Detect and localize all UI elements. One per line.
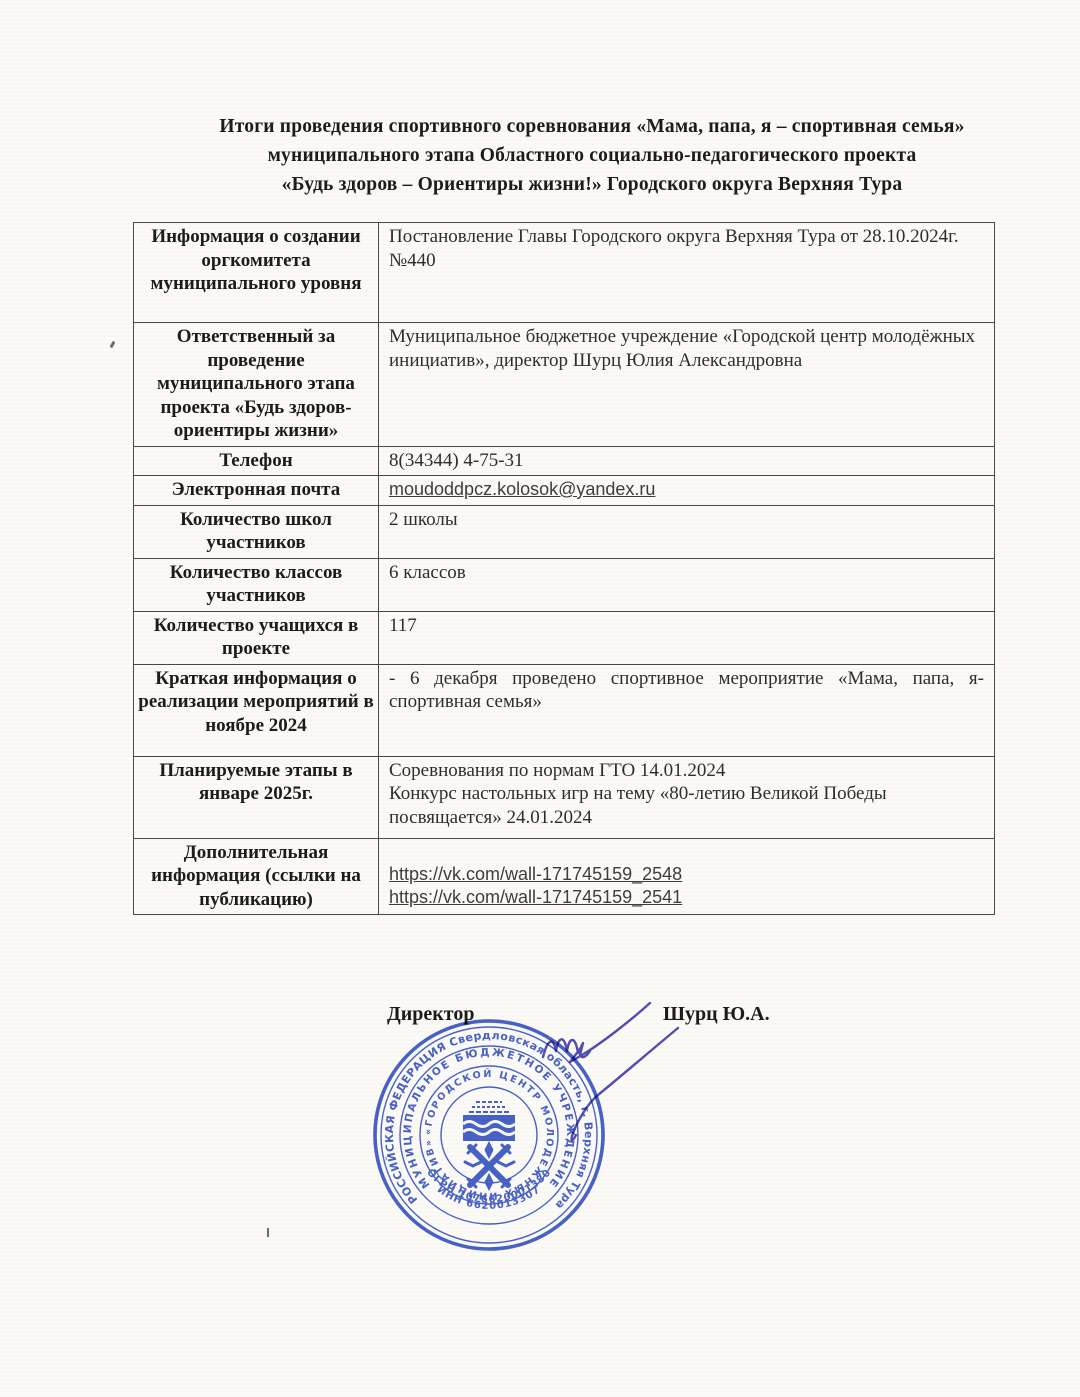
email-link[interactable]: moudoddpcz.kolosok@yandex.ru: [389, 479, 655, 499]
spacer: [389, 841, 984, 863]
row-label: Количество школ участников: [134, 505, 379, 558]
value-line: Конкурс настольных игр на тему «80-летию…: [389, 782, 984, 829]
table-row-orgcommittee: Информация о создании оргкомитета муници…: [134, 223, 995, 323]
table-row-schools-count: Количество школ участников 2 школы: [134, 505, 995, 558]
vk-publication-link[interactable]: https://vk.com/wall-171745159_2541: [389, 887, 682, 907]
row-label: Ответственный за проведение муниципально…: [134, 323, 379, 447]
row-label: Планируемые этапы в январе 2025г.: [134, 756, 379, 838]
value-line: спортивная семья»: [389, 690, 984, 714]
document-title: Итоги проведения спортивного соревновани…: [161, 112, 1023, 199]
scan-artifact: [110, 341, 116, 349]
title-line-2: муниципального этапа Областного социальн…: [161, 141, 1023, 170]
vk-publication-link[interactable]: https://vk.com/wall-171745159_2548: [389, 864, 682, 884]
row-value: 2 школы: [379, 505, 995, 558]
row-value: 8(34344) 4-75-31: [379, 446, 995, 476]
row-value: - 6 декабря проведено спортивное меропри…: [379, 664, 995, 756]
row-value: Муниципальное бюджетное учреждение «Горо…: [379, 323, 995, 447]
row-value: 117: [379, 611, 995, 664]
value-line: - 6 декабря проведено спортивное меропри…: [389, 667, 984, 691]
row-label: Количество учащихся в проекте: [134, 611, 379, 664]
table-row-phone: Телефон 8(34344) 4-75-31: [134, 446, 995, 476]
row-label: Дополнительная информация (ссылки на пуб…: [134, 838, 379, 915]
row-label: Электронная почта: [134, 476, 379, 506]
row-label: Краткая информация о реализации мероприя…: [134, 664, 379, 756]
table-row-january-plans: Планируемые этапы в январе 2025г. Соревн…: [134, 756, 995, 838]
scanned-report-page: Итоги проведения спортивного соревновани…: [0, 0, 1080, 1397]
report-table: Информация о создании оргкомитета муници…: [133, 222, 995, 915]
handwritten-signature-ink: [520, 985, 760, 1205]
table-row-students-count: Количество учащихся в проекте 117: [134, 611, 995, 664]
title-line-1: Итоги проведения спортивного соревновани…: [161, 112, 1023, 141]
value-line: Соревнования по нормам ГТО 14.01.2024: [389, 759, 984, 783]
row-label: Телефон: [134, 446, 379, 476]
stamp-coat-of-arms: [463, 1102, 515, 1190]
table-row-email: Электронная почта moudoddpcz.kolosok@yan…: [134, 476, 995, 506]
row-value: Постановление Главы Городского округа Ве…: [379, 223, 995, 323]
table-row-november-summary: Краткая информация о реализации мероприя…: [134, 664, 995, 756]
row-value: moudoddpcz.kolosok@yandex.ru: [379, 476, 995, 506]
table-row-responsible: Ответственный за проведение муниципально…: [134, 323, 995, 447]
row-label: Информация о создании оргкомитета муници…: [134, 223, 379, 323]
table-row-classes-count: Количество классов участников 6 классов: [134, 558, 995, 611]
row-value: 6 классов: [379, 558, 995, 611]
row-value: https://vk.com/wall-171745159_2548 https…: [379, 838, 995, 915]
table-row-publication-links: Дополнительная информация (ссылки на пуб…: [134, 838, 995, 915]
scan-artifact: [267, 1228, 269, 1237]
row-value: Соревнования по нормам ГТО 14.01.2024 Ко…: [379, 756, 995, 838]
title-line-3: «Будь здоров – Ориентиры жизни!» Городск…: [161, 170, 1023, 199]
row-label: Количество классов участников: [134, 558, 379, 611]
